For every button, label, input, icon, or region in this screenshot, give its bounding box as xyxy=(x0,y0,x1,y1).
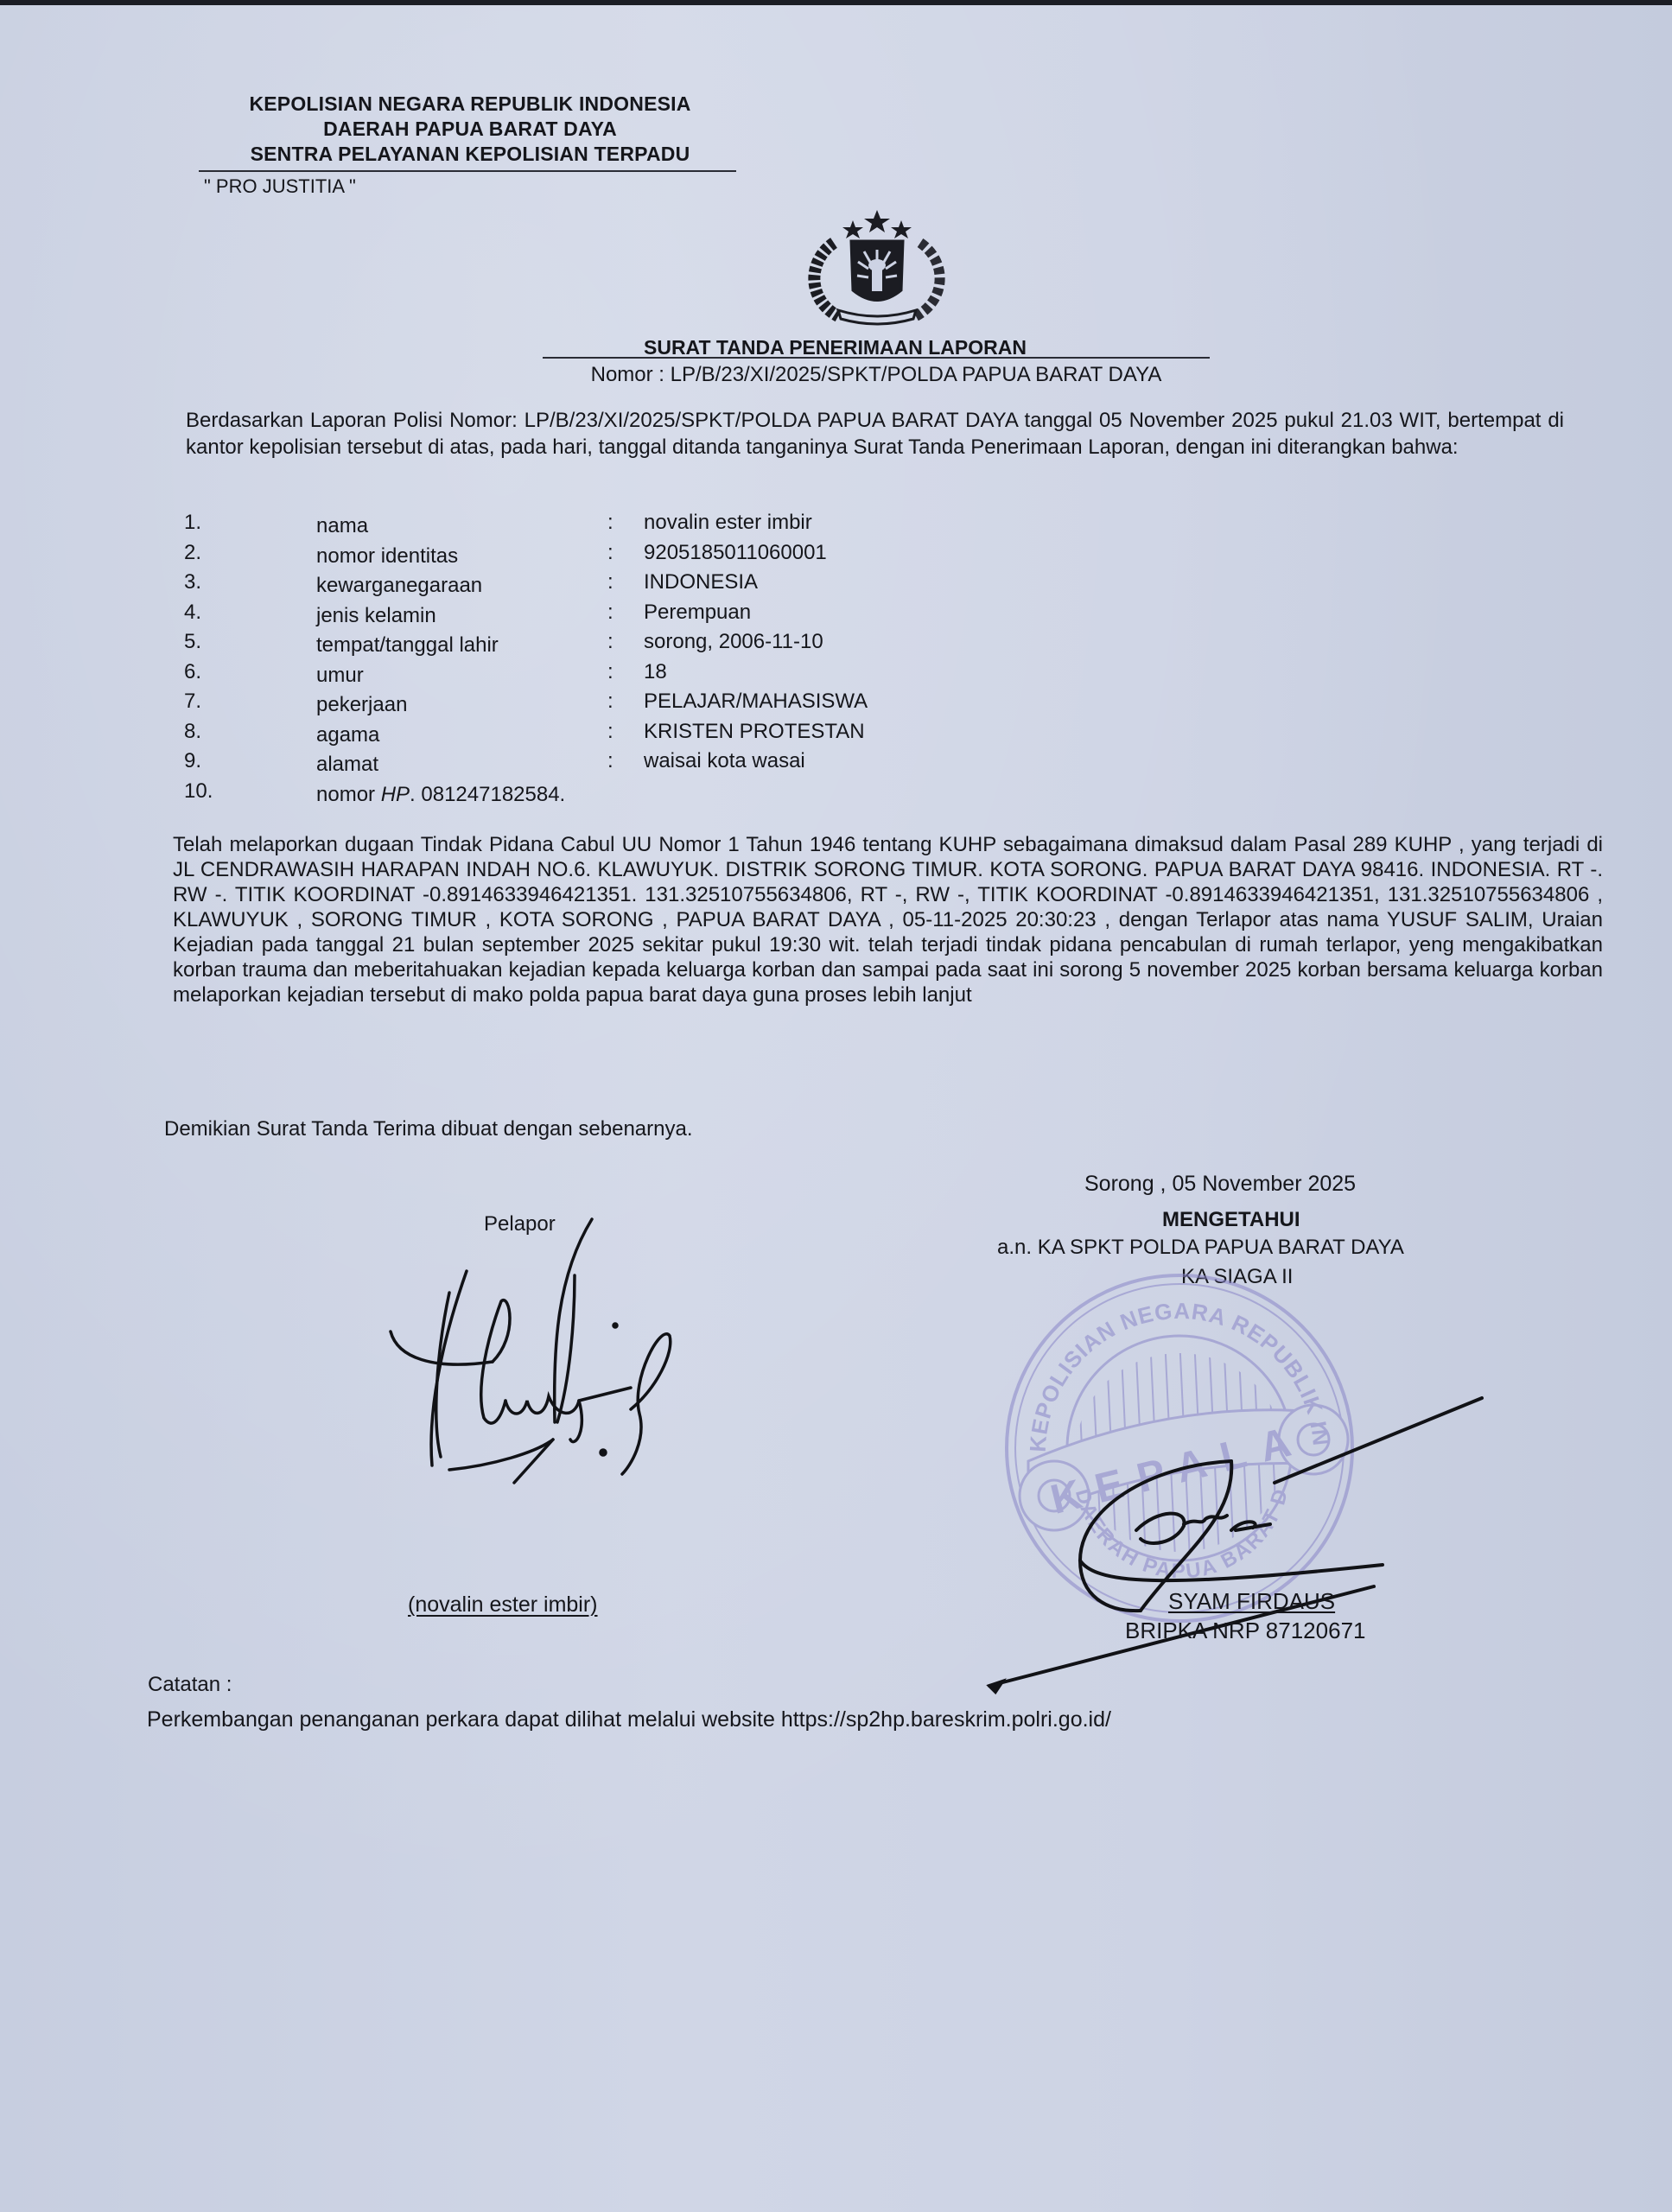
field-label: agama xyxy=(316,723,379,747)
letterhead-line-1: KEPOLISIAN NEGARA REPUBLIK INDONESIA xyxy=(204,92,736,117)
pro-justitia: " PRO JUSTITIA " xyxy=(204,175,356,198)
list-item: 2. nomor identitas : 9205185011060001 xyxy=(184,541,962,571)
closing-statement: Demikian Surat Tanda Terima dibuat denga… xyxy=(164,1116,693,1142)
letterhead: KEPOLISIAN NEGARA REPUBLIK INDONESIA DAE… xyxy=(204,92,736,167)
document-number: Nomor : LP/B/23/XI/2025/SPKT/POLDA PAPUA… xyxy=(543,363,1210,387)
identity-list: 1. nama : novalin ester imbir 2. nomor i… xyxy=(184,511,962,809)
field-value: 9205185011060001 xyxy=(644,541,827,565)
document-title: SURAT TANDA PENERIMAAN LAPORAN xyxy=(644,336,1027,359)
report-paragraph: Telah melaporkan dugaan Tindak Pidana Ca… xyxy=(173,832,1603,1007)
field-value: 18 xyxy=(644,660,667,684)
tracking-note: Perkembangan penanganan perkara dapat di… xyxy=(147,1707,1111,1732)
list-item: 9. alamat : waisai kota wasai xyxy=(184,749,962,779)
officer-name: SYAM FIRDAUS xyxy=(1168,1588,1335,1615)
reporter-signature-icon xyxy=(372,1206,700,1491)
field-label: kewarganegaraan xyxy=(316,574,482,598)
field-label: pekerjaan xyxy=(316,693,407,717)
officer-rank-nrp: BRIPKA NRP 87120671 xyxy=(1125,1618,1365,1644)
field-label: nama xyxy=(316,514,368,538)
field-label: nomor identitas xyxy=(316,544,458,569)
field-label: nomor HP. 081247182584. xyxy=(316,783,565,807)
list-item: 5. tempat/tanggal lahir : sorong, 2006-1… xyxy=(184,630,962,660)
list-item: 1. nama : novalin ester imbir xyxy=(184,511,962,541)
place-date: Sorong , 05 November 2025 xyxy=(1084,1172,1356,1197)
list-item: 7. pekerjaan : PELAJAR/MAHASISWA xyxy=(184,690,962,720)
letterhead-line-2: DAERAH PAPUA BARAT DAYA xyxy=(204,117,736,142)
field-value: sorong, 2006-11-10 xyxy=(644,630,823,654)
list-item: 8. agama : KRISTEN PROTESTAN xyxy=(184,720,962,750)
list-item: 4. jenis kelamin : Perempuan xyxy=(184,601,962,631)
field-label: alamat xyxy=(316,753,378,777)
list-item: 10. nomor HP. 081247182584. xyxy=(184,779,962,810)
field-label: umur xyxy=(316,664,364,688)
list-item: 6. umur : 18 xyxy=(184,660,962,690)
field-value: INDONESIA xyxy=(644,570,758,594)
police-emblem-icon xyxy=(799,208,955,329)
note-label: Catatan : xyxy=(148,1673,232,1697)
intro-paragraph: Berdasarkan Laporan Polisi Nomor: LP/B/2… xyxy=(186,407,1564,461)
field-value: Perempuan xyxy=(644,601,751,625)
field-value: PELAJAR/MAHASISWA xyxy=(644,690,868,714)
field-value: waisai kota wasai xyxy=(644,749,805,773)
letterhead-line-3: SENTRA PELAYANAN KEPOLISIAN TERPADU xyxy=(204,142,736,167)
title-divider xyxy=(543,357,1210,359)
field-value: KRISTEN PROTESTAN xyxy=(644,720,865,744)
reporter-name: (novalin ester imbir) xyxy=(408,1592,598,1618)
document-page: KEPOLISIAN NEGARA REPUBLIK INDONESIA DAE… xyxy=(0,5,1672,2212)
officer-signature-icon xyxy=(976,1379,1495,1699)
field-value: novalin ester imbir xyxy=(644,511,812,535)
acknowledged-label: MENGETAHUI xyxy=(1162,1208,1300,1232)
on-behalf-label: a.n. KA SPKT POLDA PAPUA BARAT DAYA xyxy=(997,1236,1404,1260)
list-item: 3. kewarganegaraan : INDONESIA xyxy=(184,570,962,601)
field-label: jenis kelamin xyxy=(316,604,436,628)
field-label: tempat/tanggal lahir xyxy=(316,633,499,658)
letterhead-divider xyxy=(199,170,736,172)
